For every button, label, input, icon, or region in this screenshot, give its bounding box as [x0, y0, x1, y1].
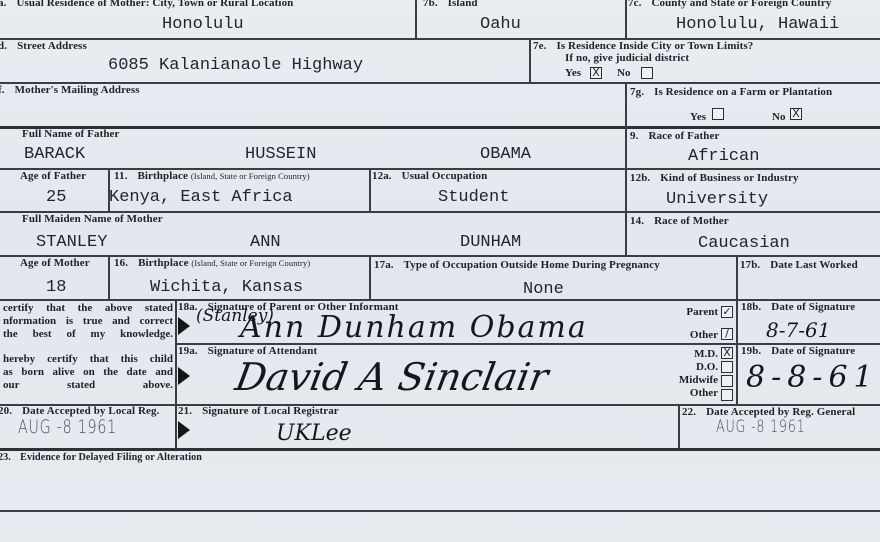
father-business-value: University — [666, 190, 768, 209]
mother-first-name: STANLEY — [36, 233, 107, 252]
col-divider — [369, 255, 371, 299]
col-divider — [108, 255, 110, 299]
island-label: 7b.Island — [423, 0, 478, 9]
informant-certification-text: certify that the above stated nformation… — [3, 302, 173, 341]
attendant-signature: David A Sinclair — [232, 355, 552, 399]
mother-middle-name: ANN — [250, 233, 281, 252]
father-age-label: Age of Father — [20, 170, 86, 182]
mother-occupation-value: None — [523, 280, 564, 299]
county-label: 7c.County and State or Foreign Country — [628, 0, 831, 9]
col-divider — [736, 255, 738, 404]
father-business-label: 12b.Kind of Business or Industry — [630, 172, 799, 184]
farm-label: 7g.Is Residence on a Farm or Plantation — [630, 86, 832, 98]
father-first-name: BARACK — [24, 145, 85, 164]
row-divider — [0, 126, 880, 129]
sign-here-arrow-icon — [178, 317, 190, 335]
mother-age-label: Age of Mother — [20, 257, 90, 269]
col-divider — [175, 299, 177, 448]
county-value: Honolulu, Hawaii — [676, 15, 839, 34]
row-divider — [0, 510, 880, 512]
registrar-general-date-stamp: AUG -8 1961 — [716, 417, 805, 437]
inside-city-sublabel: If no, give judicial district — [565, 52, 689, 64]
mailing-address-label: f.Mother's Mailing Address — [0, 84, 140, 96]
col-divider — [369, 168, 371, 211]
inside-city-no-checkbox[interactable] — [641, 67, 653, 79]
midwife-checkbox[interactable] — [721, 375, 733, 387]
other-informant-checkbox[interactable]: / — [721, 328, 733, 340]
col-divider — [415, 0, 417, 38]
mother-name-label: Full Maiden Name of Mother — [22, 213, 163, 225]
parent-label: Parent — [672, 306, 718, 318]
col-divider — [529, 38, 531, 82]
island-value: Oahu — [480, 15, 521, 34]
father-birthplace-value: Kenya, East Africa — [109, 188, 293, 207]
mother-last-worked-label: 17b.Date Last Worked — [740, 259, 858, 271]
farm-no-label: No — [772, 111, 786, 123]
mother-race-value: Caucasian — [698, 234, 790, 253]
mother-occupation-label: 17a.Type of Occupation Outside Home Duri… — [374, 259, 660, 271]
residence-city-label: a.Usual Residence of Mother: City, Town … — [0, 0, 293, 9]
evidence-label: 23.Evidence for Delayed Filing or Altera… — [0, 451, 202, 463]
informant-date-value: 8-7-61 — [766, 318, 830, 342]
inside-city-yes-label: Yes — [565, 67, 581, 79]
do-checkbox[interactable] — [721, 361, 733, 373]
farm-yes-checkbox[interactable] — [712, 108, 724, 120]
do-label: D.O. — [660, 361, 718, 373]
local-registrar-signature-label: 21.Signature of Local Registrar — [178, 405, 339, 417]
father-race-value: African — [688, 147, 759, 166]
residence-city-value: Honolulu — [162, 15, 244, 34]
farm-yes-label: Yes — [690, 111, 706, 123]
md-checkbox[interactable]: X — [721, 347, 733, 359]
attendant-date-value: 8-8-61 — [746, 360, 879, 395]
local-registrar-date-stamp: AUG -8 1961 — [18, 416, 117, 438]
parent-checkbox[interactable]: ✓ — [721, 306, 733, 318]
col-divider — [625, 0, 627, 38]
informant-date-label: 18b.Date of Signature — [741, 301, 855, 313]
other-attendant-label: Other — [660, 387, 718, 399]
mother-birthplace-value: Wichita, Kansas — [150, 278, 303, 297]
farm-no-checkbox[interactable]: X — [790, 108, 802, 120]
other-attendant-checkbox[interactable] — [721, 389, 733, 401]
father-last-name: OBAMA — [480, 145, 531, 164]
md-label: M.D. — [660, 348, 718, 360]
inside-city-yes-checkbox[interactable]: X — [590, 67, 602, 79]
col-divider — [678, 404, 680, 448]
father-birthplace-label: 11.Birthplace (Island, State or Foreign … — [114, 170, 310, 182]
midwife-label: Midwife — [660, 374, 718, 386]
informant-signature: Ann Dunham Obama — [240, 310, 588, 345]
sign-here-arrow-icon — [178, 367, 190, 385]
street-address-value: 6085 Kalanianaole Highway — [108, 56, 363, 75]
attendant-certification-text: hereby certify that this child as born a… — [3, 353, 173, 392]
father-occupation-value: Student — [438, 188, 509, 207]
father-age-value: 25 — [46, 188, 66, 207]
mother-last-name: DUNHAM — [460, 233, 521, 252]
inside-city-label: 7e.Is Residence Inside City or Town Limi… — [533, 40, 753, 52]
other-informant-label: Other — [672, 329, 718, 341]
father-name-label: Full Name of Father — [22, 128, 120, 140]
attendant-date-label: 19b.Date of Signature — [741, 345, 855, 357]
inside-city-no-label: No — [617, 67, 631, 79]
father-occupation-label: 12a.Usual Occupation — [372, 170, 487, 182]
mother-age-value: 18 — [46, 278, 66, 297]
father-middle-name: HUSSEIN — [245, 145, 316, 164]
street-address-label: d.Street Address — [0, 40, 87, 52]
birth-certificate: a.Usual Residence of Mother: City, Town … — [0, 0, 880, 542]
sign-here-arrow-icon — [178, 421, 190, 439]
local-registrar-signature: UKLee — [276, 421, 352, 446]
mother-race-label: 14.Race of Mother — [630, 215, 729, 227]
father-race-label: 9.Race of Father — [630, 130, 720, 142]
col-divider — [625, 82, 627, 255]
mother-birthplace-label: 16.Birthplace (Island, State or Foreign … — [114, 257, 310, 269]
